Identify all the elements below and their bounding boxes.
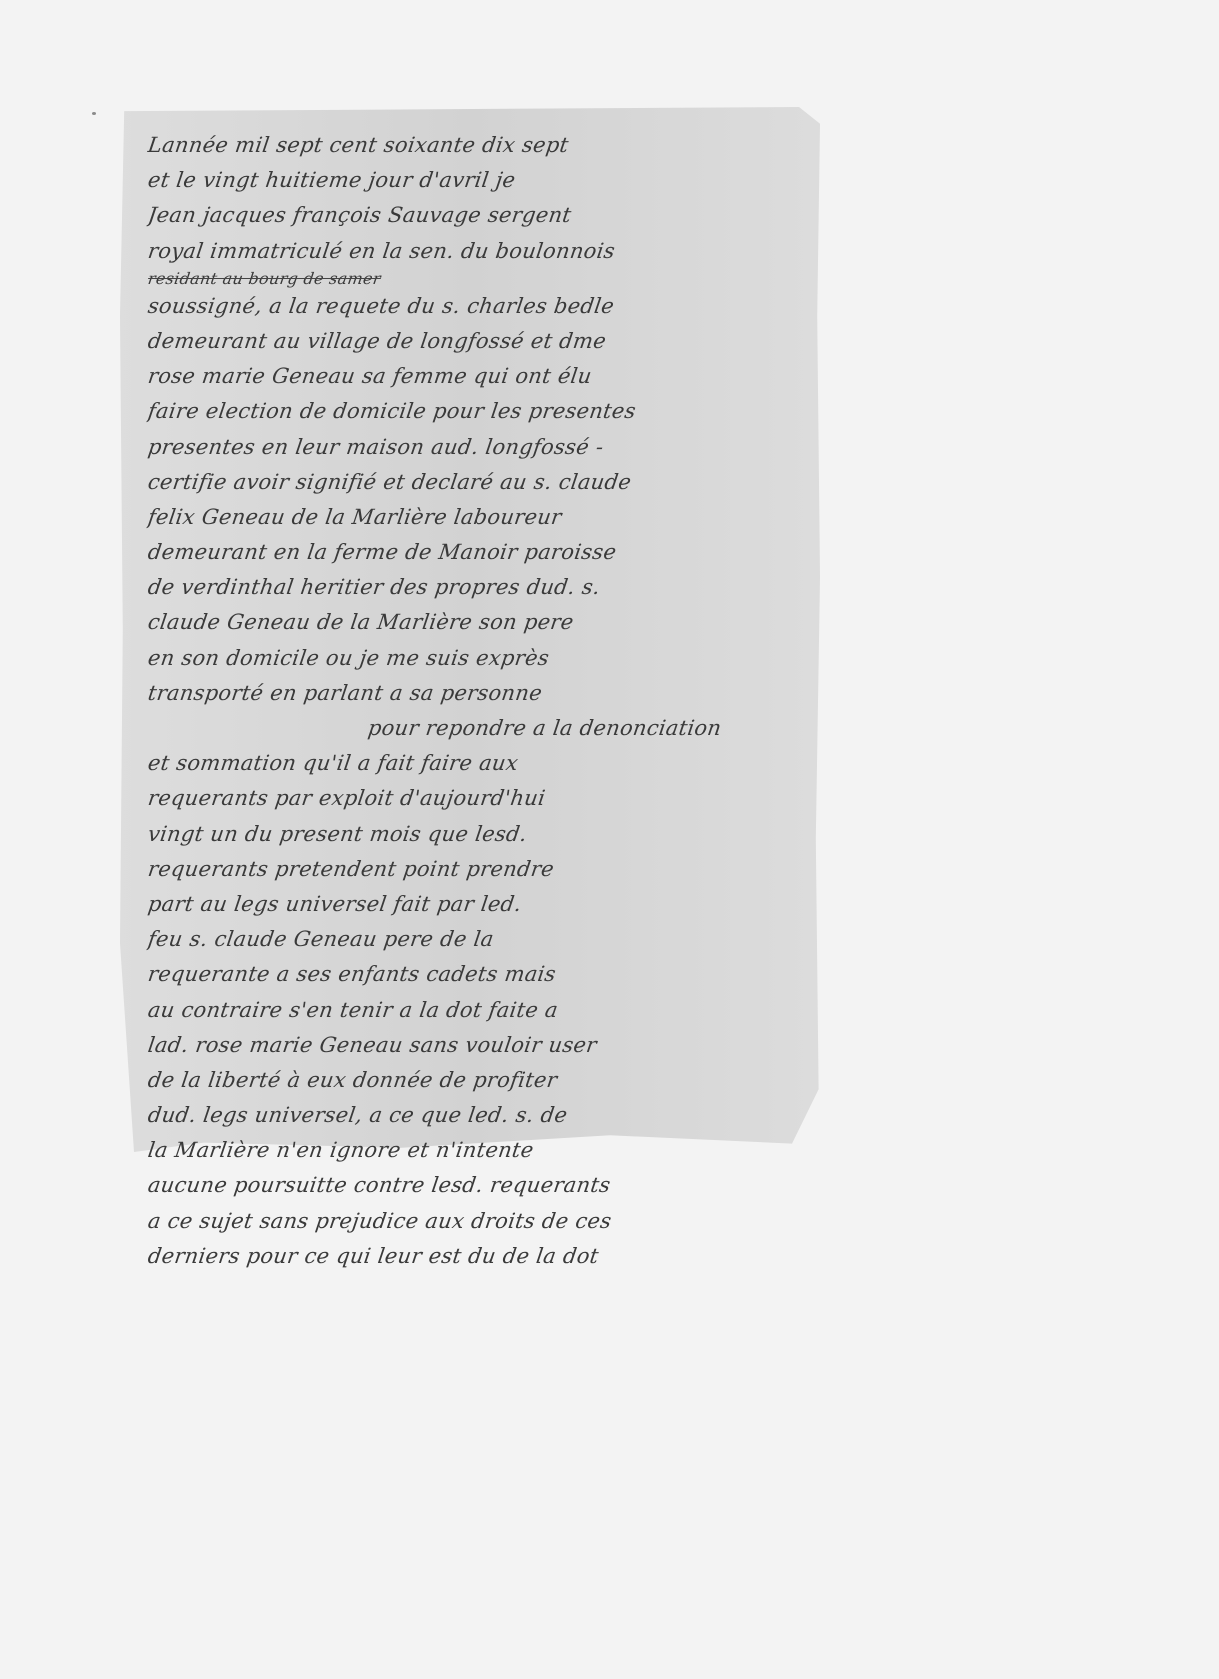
scan-speck xyxy=(92,112,96,115)
text-line: au contraire s'en tenir a la dot faite a xyxy=(146,993,811,1028)
text-line: la Marlière n'en ignore et n'intente xyxy=(146,1133,811,1168)
text-line: claude Geneau de la Marlière son pere xyxy=(146,605,811,640)
text-line: aucune poursuitte contre lesd. requerant… xyxy=(146,1168,811,1203)
text-line: Jean jacques françois Sauvage sergent xyxy=(146,198,811,233)
text-line: de la liberté à eux donnée de profiter xyxy=(146,1063,811,1098)
manuscript-text: Lannée mil sept cent soixante dix sept e… xyxy=(148,128,808,1274)
text-line: royal immatriculé en la sen. du boulonno… xyxy=(146,234,811,269)
text-line: feu s. claude Geneau pere de la xyxy=(146,922,811,957)
text-line: dud. legs universel, a ce que led. s. de xyxy=(146,1098,811,1133)
text-line: derniers pour ce qui leur est du de la d… xyxy=(146,1239,811,1274)
text-line: et sommation qu'il a fait faire aux xyxy=(146,746,811,781)
text-line: de verdinthal heritier des propres dud. … xyxy=(146,570,811,605)
text-line: rose marie Geneau sa femme qui ont élu xyxy=(146,359,811,394)
text-line: demeurant en la ferme de Manoir paroisse xyxy=(146,535,811,570)
text-line: requerants par exploit d'aujourd'hui xyxy=(146,781,811,816)
text-line: demeurant au village de longfossé et dme xyxy=(146,324,811,359)
text-line: pour repondre a la denonciation xyxy=(146,711,811,746)
text-line: requerants pretendent point prendre xyxy=(146,852,811,887)
text-line: transporté en parlant a sa personne xyxy=(146,676,811,711)
text-line: felix Geneau de la Marlière laboureur xyxy=(146,500,811,535)
text-line: presentes en leur maison aud. longfossé … xyxy=(146,430,811,465)
text-line: part au legs universel fait par led. xyxy=(146,887,811,922)
text-line: faire election de domicile pour les pres… xyxy=(146,394,811,429)
text-line: a ce sujet sans prejudice aux droits de … xyxy=(146,1204,811,1239)
struck-text-line: residant au bourg de samer xyxy=(147,269,810,289)
text-line: en son domicile ou je me suis exprès xyxy=(146,641,811,676)
text-line: vingt un du present mois que lesd. xyxy=(146,817,811,852)
text-line: certifie avoir signifié et declaré au s.… xyxy=(146,465,811,500)
text-line: lad. rose marie Geneau sans vouloir user xyxy=(146,1028,811,1063)
text-line: Lannée mil sept cent soixante dix sept xyxy=(146,128,811,163)
text-line: et le vingt huitieme jour d'avril je xyxy=(146,163,811,198)
text-line: requerante a ses enfants cadets mais xyxy=(146,957,811,992)
text-line: soussigné, a la requete du s. charles be… xyxy=(146,289,811,324)
